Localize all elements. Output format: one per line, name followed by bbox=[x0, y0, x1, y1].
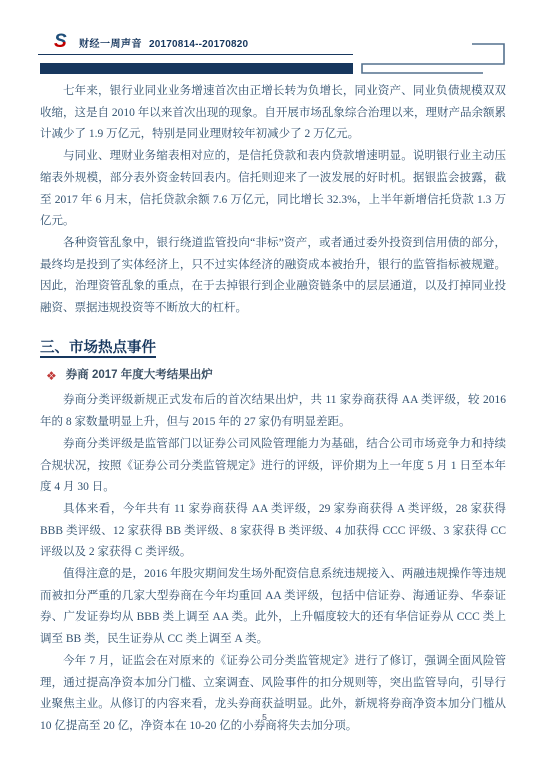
document-body: 七年来，银行业同业业务增速首次由正增长转为负增长，同业资产、同业负债规模双双收缩… bbox=[40, 81, 506, 738]
decorative-step-lines-icon bbox=[350, 36, 530, 80]
paragraph: 与同业、理财业务缩表相对应的，是信托贷款和表内贷款增速明显。说明银行业主动压缩表… bbox=[40, 146, 506, 233]
paragraph: 券商分类评级新规正式发布后的首次结果出炉，共 11 家券商获得 AA 类评级，较… bbox=[40, 390, 506, 433]
brand-logo-icon: S bbox=[52, 30, 72, 52]
paragraph: 券商分类评级是监管部门以证券公司风险管理能力为基础，结合公司市场竞争力和持续合规… bbox=[40, 434, 506, 499]
doc-period: 20170814--20170820 bbox=[149, 38, 248, 52]
page-number: 5 bbox=[0, 712, 529, 722]
brand-row: S 财经一周声音 20170814--20170820 bbox=[38, 30, 353, 55]
logo-letter: S bbox=[54, 31, 67, 52]
header-navy-bar bbox=[40, 63, 353, 74]
paragraph: 值得注意的是，2016 年股灾期间发生场外配资信息系统违规接入、两融违规操作等违… bbox=[40, 564, 506, 651]
doc-title: 财经一周声音 bbox=[79, 38, 142, 52]
diamond-bullet-icon: ❖ bbox=[46, 370, 57, 382]
paragraph: 今年 7 月，证监会在对原来的《证券公司分类监管规定》进行了修订，强调全面风险管… bbox=[40, 651, 506, 738]
document-page: S 财经一周声音 20170814--20170820 七年来，银行业同业业务增… bbox=[0, 0, 543, 768]
paragraph: 各种资管乱象中，银行绕道监管投向“非标”资产，或者通过委外投资到信用债的部分，最… bbox=[40, 233, 506, 320]
paragraph: 具体来看，今年共有 11 家券商获得 AA 类评级，29 家券商获得 A 类评级… bbox=[40, 499, 506, 564]
section-heading: 三、市场热点事件 bbox=[40, 336, 506, 360]
bullet-item-title: 券商 2017 年度大考结果出炉 bbox=[66, 365, 213, 387]
paragraph: 七年来，银行业同业业务增速首次由正增长转为负增长，同业资产、同业负债规模双双收缩… bbox=[40, 81, 506, 146]
bullet-item: ❖ 券商 2017 年度大考结果出炉 bbox=[46, 365, 506, 387]
section-heading-text: 三、市场热点事件 bbox=[40, 340, 156, 356]
